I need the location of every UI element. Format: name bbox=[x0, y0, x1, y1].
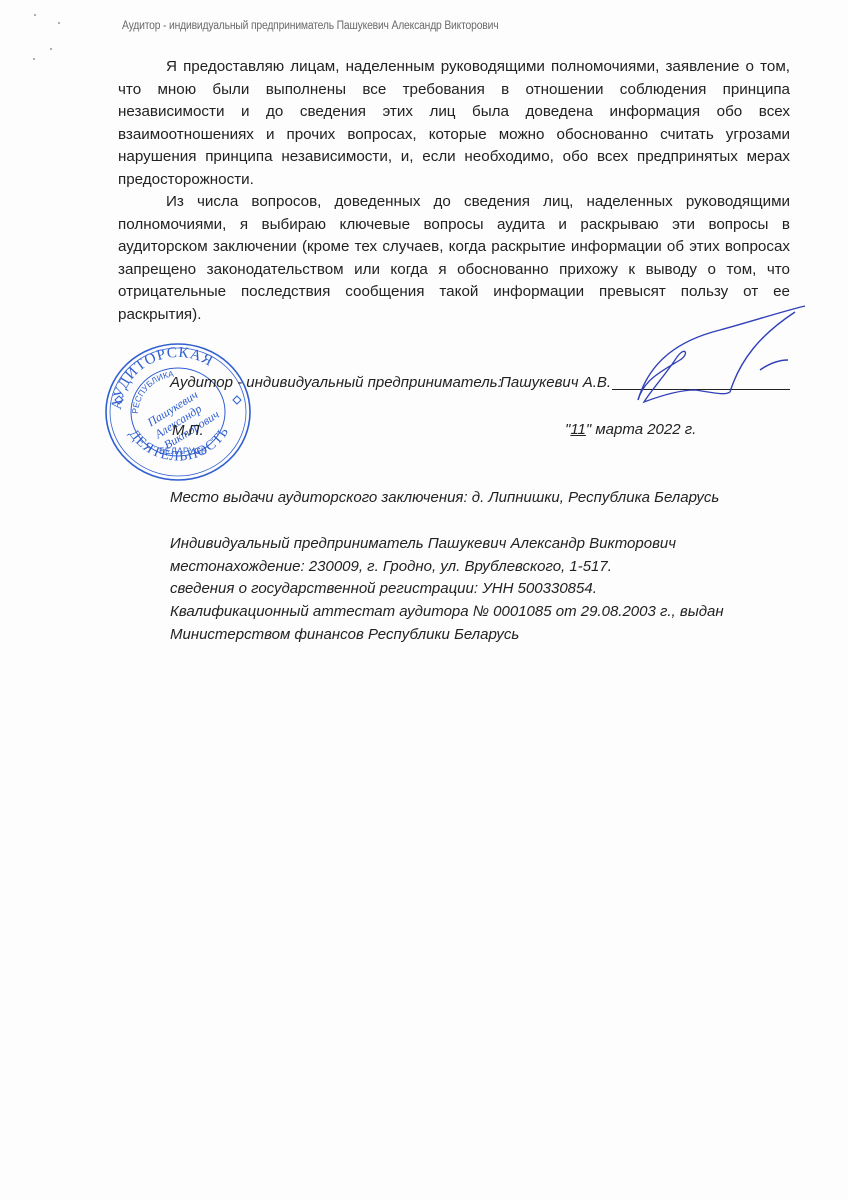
running-header: Аудитор - индивидуальный предприниматель… bbox=[122, 20, 498, 32]
auditor-signature-label: Аудитор - индивидуальный предприниматель… bbox=[170, 374, 502, 391]
signature-date: "11" марта 2022 г. bbox=[565, 421, 696, 438]
auditor-info-line: сведения о государственной регистрации: … bbox=[170, 578, 724, 601]
handwritten-signature-icon bbox=[630, 300, 810, 410]
auditor-info-line: Индивидуальный предприниматель Пашукевич… bbox=[170, 533, 724, 556]
auditor-info-line: Министерством финансов Республики Белару… bbox=[170, 624, 724, 647]
paragraph-text: Я предоставляю лицам, наделенным руковод… bbox=[118, 56, 790, 192]
document-page: Аудитор - индивидуальный предприниматель… bbox=[0, 0, 848, 1200]
date-day: 11 bbox=[570, 421, 586, 438]
auditor-stamp-icon: АУДИТОРСКАЯ ДЕЯТЕЛЬНОСТЬ РЕСПУБЛИКА Пашу… bbox=[103, 342, 253, 482]
auditor-info-line: местонахождение: 230009, г. Гродно, ул. … bbox=[170, 556, 724, 579]
auditor-info-line: Квалификационный аттестат аудитора № 000… bbox=[170, 601, 724, 624]
auditor-name: Пашукевич А.В. bbox=[500, 374, 611, 391]
svg-text:БЕЛАРУСЬ: БЕЛАРУСЬ bbox=[159, 446, 207, 456]
place-of-issue: Место выдачи аудиторского заключения: д.… bbox=[170, 489, 719, 506]
date-suffix: " марта 2022 г. bbox=[586, 421, 696, 438]
paragraph-independence: Я предоставляю лицам, наделенным руковод… bbox=[118, 56, 790, 192]
seal-place-mark: М.П. bbox=[172, 422, 204, 439]
auditor-info-block: Индивидуальный предприниматель Пашукевич… bbox=[170, 533, 724, 647]
